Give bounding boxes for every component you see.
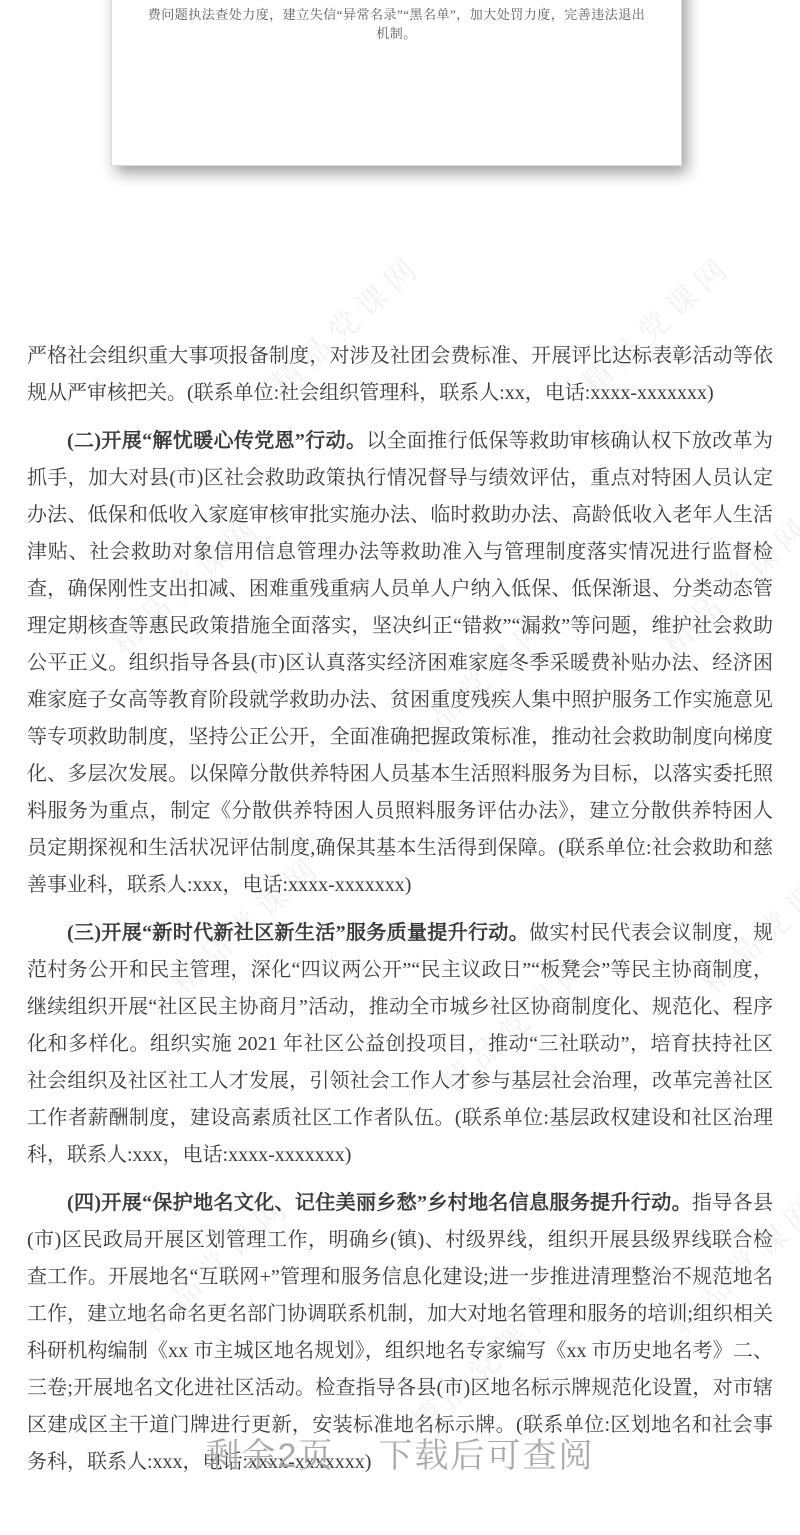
document-body: 严格社会组织重大事项报备制度，对涉及社团会费标准、开展评比达标表彰活动等依规从严… bbox=[27, 338, 773, 1492]
paragraph-lead: (二)开展“解忧暖心传党恩”行动。 bbox=[67, 430, 366, 452]
previous-page-preview: 费问题执法查处力度，建立失信“异常名录”“黑名单”，加大处罚力度，完善违法退出机… bbox=[111, 0, 682, 166]
remaining-pages-banner[interactable]: 剩余2页下载后可查阅 bbox=[0, 1428, 800, 1477]
paragraph-lead: (三)开展“新时代新社区新生活”服务质量提升行动。 bbox=[67, 922, 529, 944]
document-paragraph: (三)开展“新时代新社区新生活”服务质量提升行动。做实村民代表会议制度，规范村务… bbox=[27, 915, 773, 1174]
remaining-pages-label: 剩余2页 bbox=[206, 1437, 335, 1475]
download-hint-label: 下载后可查阅 bbox=[378, 1437, 594, 1475]
previous-page-text: 费问题执法查处力度，建立失信“异常名录”“黑名单”，加大处罚力度，完善违法退出机… bbox=[144, 5, 649, 43]
document-paragraph: (二)开展“解忧暖心传党恩”行动。以全面推行低保等救助审核确认权下放改革为抓手，… bbox=[27, 423, 773, 904]
document-paragraph: 严格社会组织重大事项报备制度，对涉及社团会费标准、开展评比达标表彰活动等依规从严… bbox=[27, 338, 773, 412]
paragraph-lead: (四)开展“保护地名文化、记住美丽乡愁”乡村地名信息服务提升行动。 bbox=[67, 1192, 692, 1214]
